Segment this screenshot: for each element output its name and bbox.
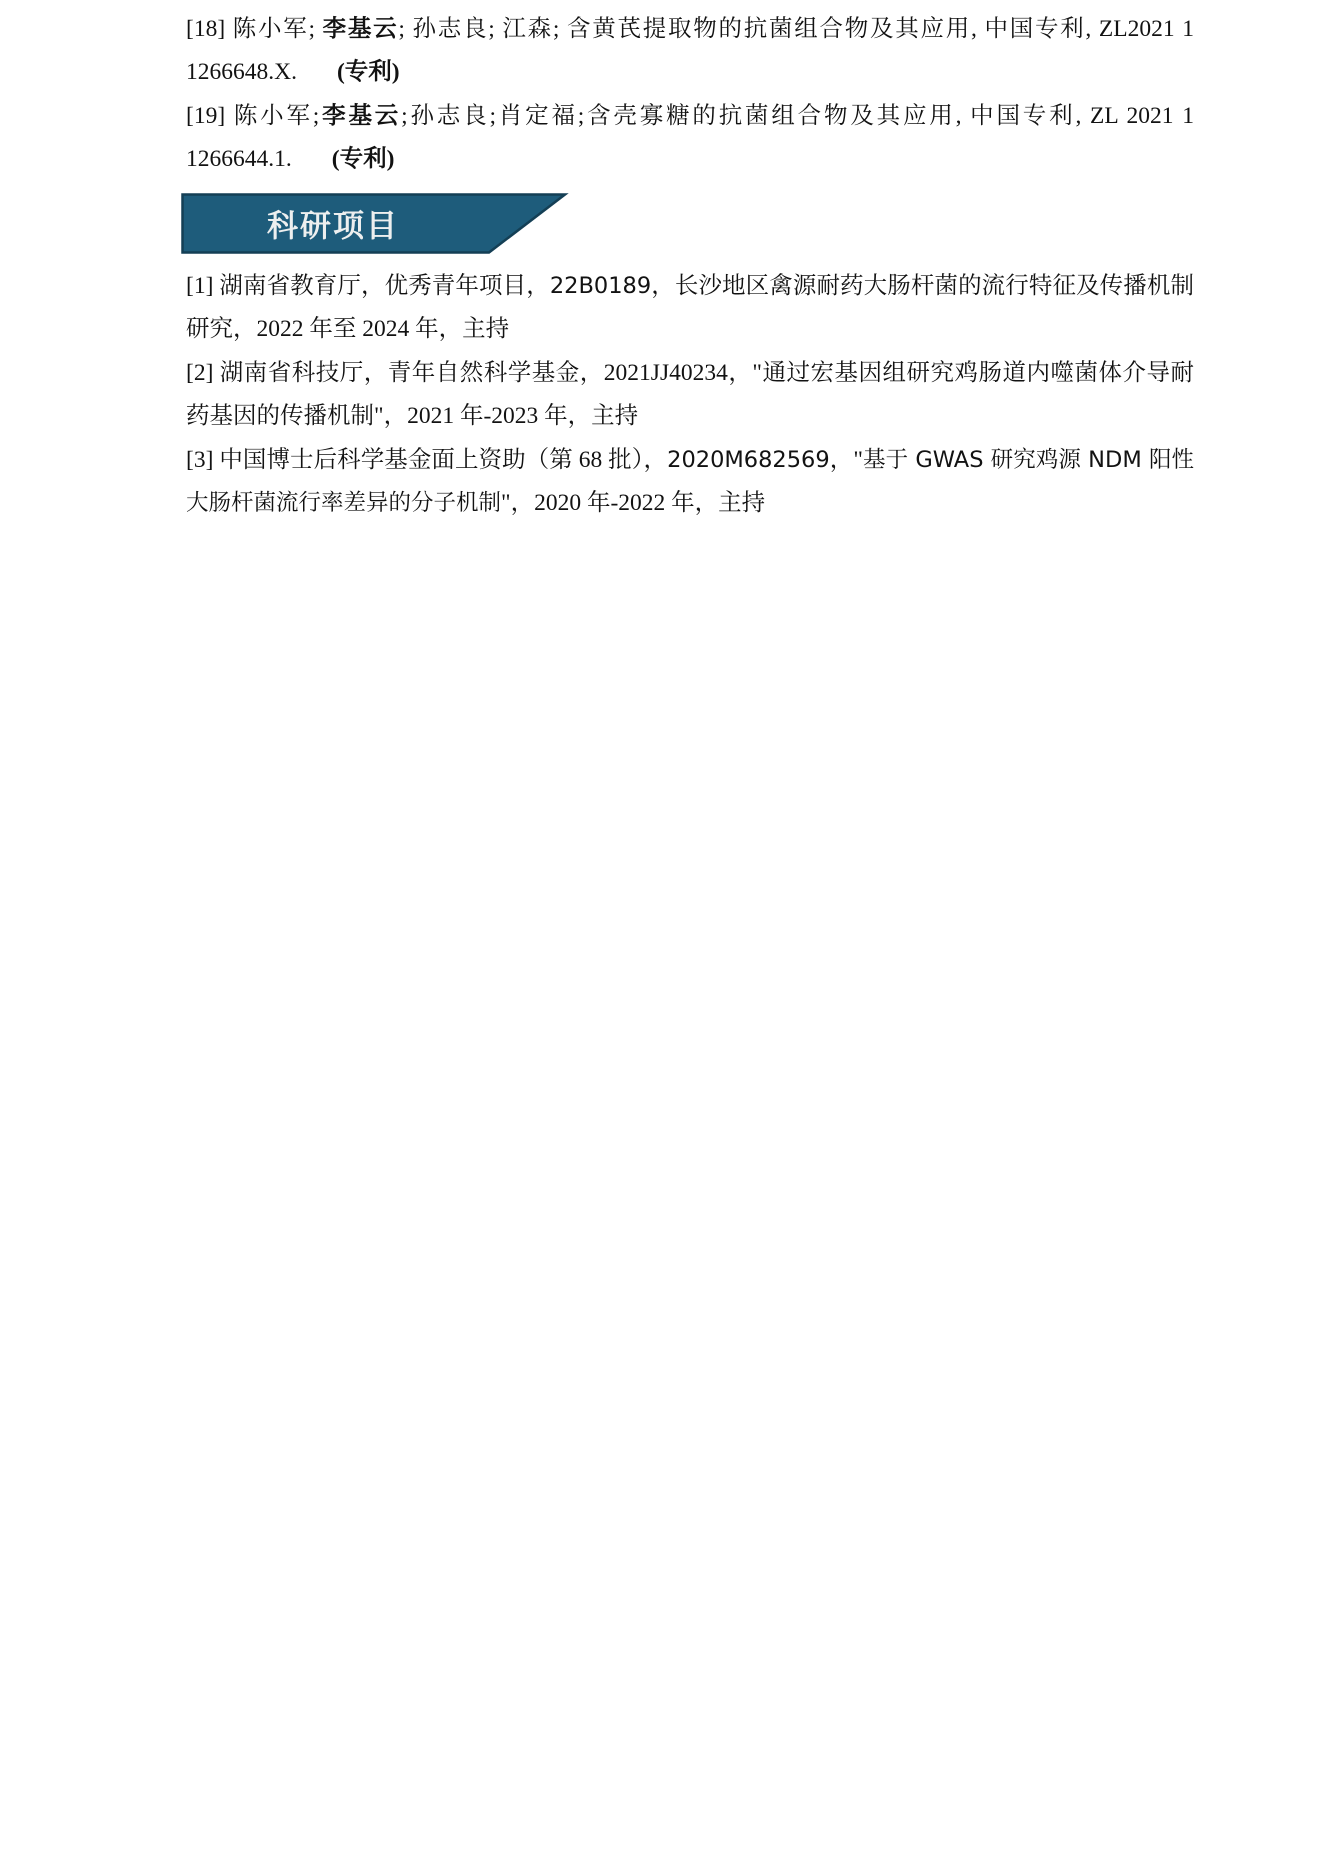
text-run: "，2020 年-2022 年，主持	[501, 490, 765, 516]
bold-text-run: 李基云	[323, 16, 399, 42]
text-run: [1] 湖南省教育厅，优秀青年项目，	[186, 273, 550, 299]
text-run: [3] 中国博士后科学基金面上资助（第 68 批），	[186, 447, 667, 473]
patent-list: [18] 陈小军; 李基云; 孙志良; 江森; 含黄芪提取物的抗菌组合物及其应用…	[186, 8, 1194, 181]
patent-item: [18] 陈小军; 李基云; 孙志良; 江森; 含黄芪提取物的抗菌组合物及其应用…	[186, 8, 1194, 94]
bold-text-run: (专利)	[337, 59, 400, 85]
text-run: 22B0189	[550, 273, 651, 299]
text-run: 2020M682569	[667, 447, 830, 473]
text-run: ，"	[830, 447, 863, 473]
text-run: [2] 湖南省科技厅，青年自然科学基金，2021JJ40234，"通过宏基因组研…	[186, 360, 1194, 429]
patent-item: [19] 陈小军;李基云;孙志良;肖定福;含壳寡糖的抗菌组合物及其应用, 中国专…	[186, 95, 1194, 181]
bold-text-run: (专利)	[332, 146, 395, 172]
text-run: [18] 陈小军;	[186, 16, 323, 42]
document-page: [18] 陈小军; 李基云; 孙志良; 江森; 含黄芪提取物的抗菌组合物及其应用…	[0, 0, 1323, 1871]
project-item: [1] 湖南省教育厅，优秀青年项目，22B0189，长沙地区禽源耐药大肠杆菌的流…	[186, 265, 1194, 351]
project-list: [1] 湖南省教育厅，优秀青年项目，22B0189，长沙地区禽源耐药大肠杆菌的流…	[186, 265, 1194, 525]
bold-text-run: 李基云	[319, 103, 401, 129]
project-item: [2] 湖南省科技厅，青年自然科学基金，2021JJ40234，"通过宏基因组研…	[186, 352, 1194, 438]
section-title: 科研项目	[267, 200, 399, 245]
page-content: [18] 陈小军; 李基云; 孙志良; 江森; 含黄芪提取物的抗菌组合物及其应用…	[186, 8, 1194, 526]
project-item: [3] 中国博士后科学基金面上资助（第 68 批），2020M682569，"基…	[186, 439, 1194, 525]
text-run: [19] 陈小军;	[186, 103, 319, 129]
section-banner: 科研项目	[181, 193, 569, 254]
